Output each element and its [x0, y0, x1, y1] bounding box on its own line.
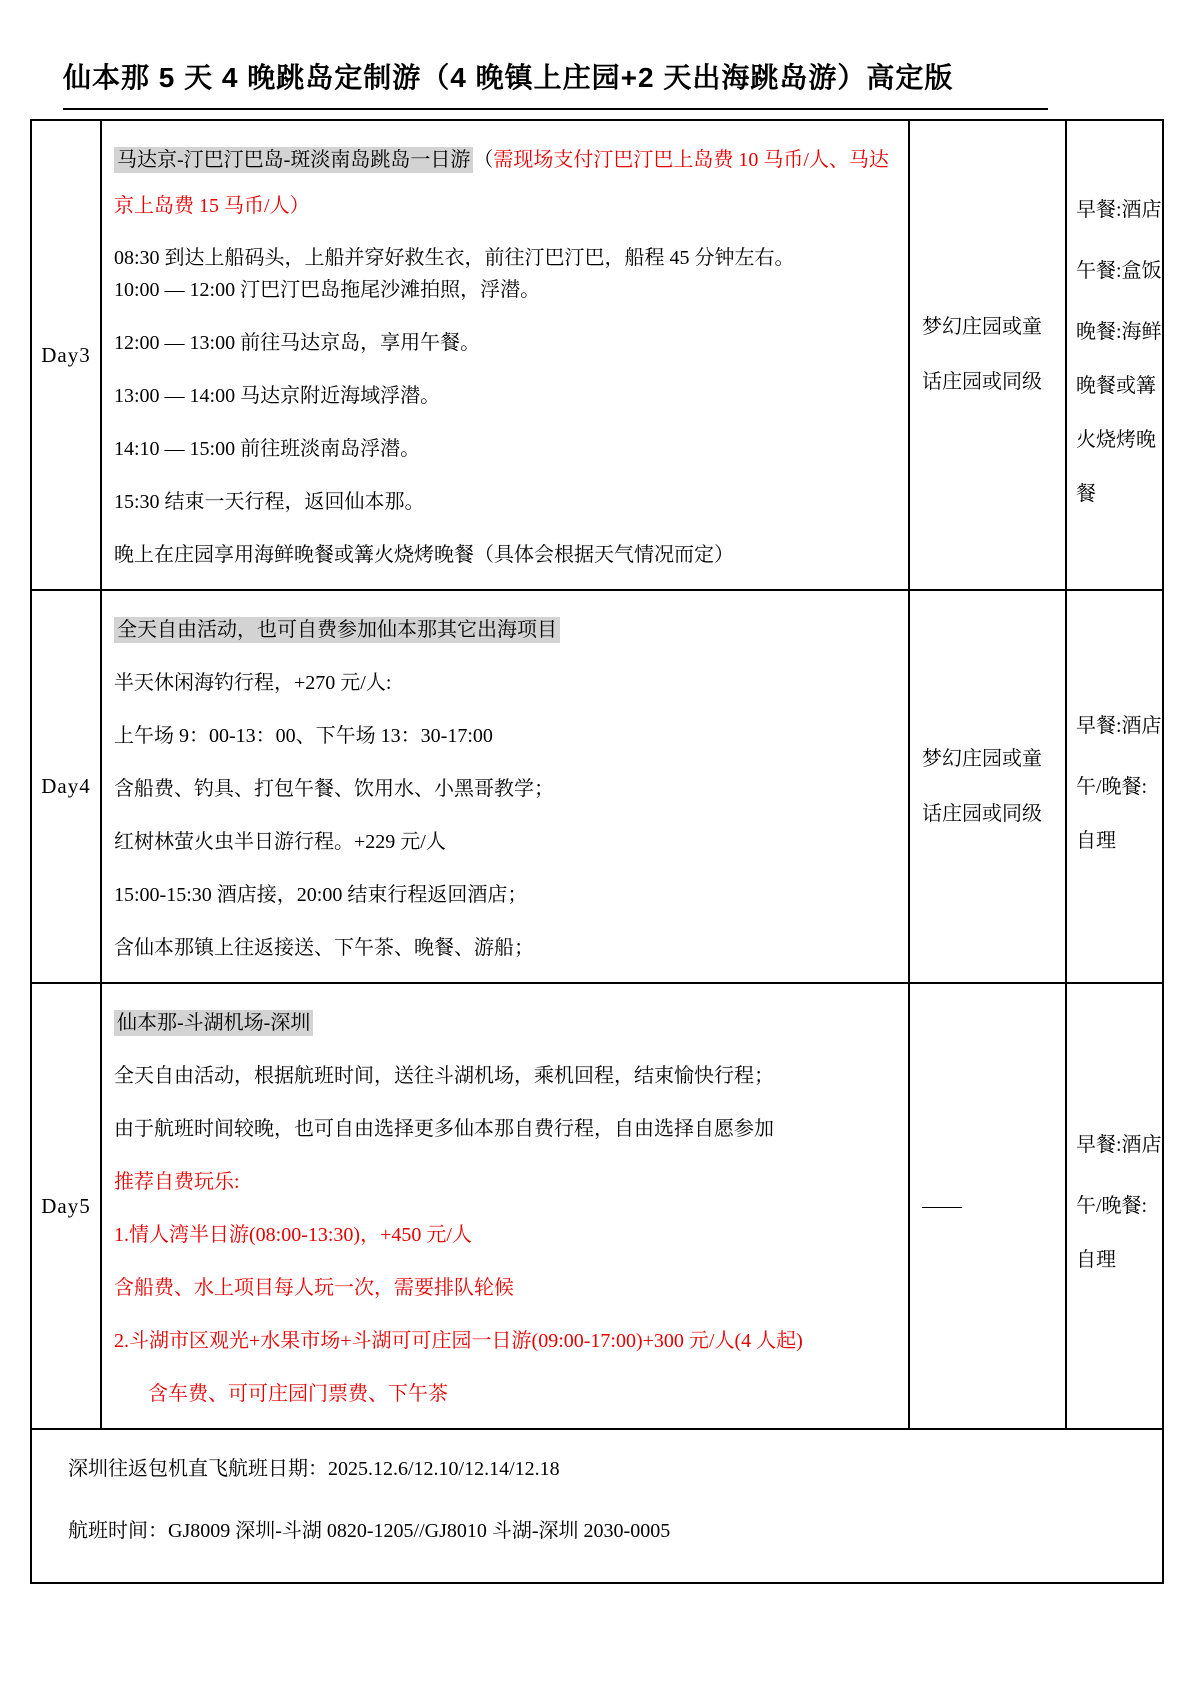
meal-line: 自理 [1076, 1233, 1162, 1287]
itinerary-line: 含船费、钓具、打包午餐、饮用水、小黑哥教学； [114, 766, 896, 812]
day3-header-highlight: 马达京-汀巴汀巴岛-斑淡南岛跳岛一日游 [114, 147, 473, 173]
itinerary-line: 13:00 — 14:00 马达京附近海域浮潜。 [114, 373, 896, 419]
day4-header-line: 全天自由活动，也可自费参加仙本那其它出海项目 [114, 607, 896, 653]
itinerary-line: 晚上在庄园享用海鲜晚餐或篝火烧烤晚餐（具体会根据天气情况而定） [114, 532, 896, 578]
day4-meals-cell: 早餐:酒店 午/晚餐: 自理 [1066, 590, 1163, 983]
paid-option-line: 1.情人湾半日游(08:00-13:30)，+450 元/人 [114, 1212, 896, 1258]
itinerary-line: 上午场 9：00-13：00、下午场 13：30-17:00 [114, 713, 896, 759]
table-row-day4: Day4 全天自由活动，也可自费参加仙本那其它出海项目 半天休闲海钓行程，+27… [31, 590, 1163, 983]
day3-details-cell: 马达京-汀巴汀巴岛-斑淡南岛跳岛一日游（需现场支付汀巴汀巴上岛费 10 马币/人… [101, 120, 909, 590]
day5-details-cell: 仙本那-斗湖机场-深圳 全天自由活动，根据航班时间，送往斗湖机场，乘机回程，结束… [101, 983, 909, 1429]
table-row-day3: Day3 马达京-汀巴汀巴岛-斑淡南岛跳岛一日游（需现场支付汀巴汀巴上岛费 10… [31, 120, 1163, 590]
meal-line: 早餐:酒店 [1076, 1118, 1162, 1172]
day5-label: Day5 [31, 983, 101, 1429]
meal-line: 午餐:盒饭 [1076, 244, 1162, 298]
day4-hotel-cell: 梦幻庄园或童话庄园或同级 [909, 590, 1066, 983]
day3-schedule-pair: 08:30 到达上船码头，上船并穿好救生衣，前往汀巴汀巴，船程 45 分钟左右。… [114, 236, 896, 313]
itinerary-table: Day3 马达京-汀巴汀巴岛-斑淡南岛跳岛一日游（需现场支付汀巴汀巴上岛费 10… [30, 119, 1164, 1584]
day5-header-line: 仙本那-斗湖机场-深圳 [114, 1000, 896, 1046]
meal-line: 自理 [1076, 814, 1162, 868]
table-row-day5: Day5 仙本那-斗湖机场-深圳 全天自由活动，根据航班时间，送往斗湖机场，乘机… [31, 983, 1163, 1429]
itinerary-line: 半天休闲海钓行程，+270 元/人: [114, 660, 896, 706]
day5-hotel-cell: —— [909, 983, 1066, 1429]
day4-label: Day4 [31, 590, 101, 983]
paid-option-line: 2.斗湖市区观光+水果市场+斗湖可可庄园一日游(09:00-17:00)+300… [114, 1318, 896, 1364]
day5-header-highlight: 仙本那-斗湖机场-深圳 [114, 1010, 313, 1036]
day3-label: Day3 [31, 120, 101, 590]
meal-line: 早餐:酒店 [1076, 183, 1162, 237]
day3-hotel-cell: 梦幻庄园或童话庄园或同级 [909, 120, 1066, 590]
day5-meals-cell: 早餐:酒店 午/晚餐: 自理 [1066, 983, 1163, 1429]
flight-info-cell: 深圳往返包机直飞航班日期：2025.12.6/12.10/12.14/12.18… [31, 1429, 1163, 1583]
itinerary-line: 含仙本那镇上往返接送、下午茶、晚餐、游船； [114, 925, 896, 971]
table-row-flight-info: 深圳往返包机直飞航班日期：2025.12.6/12.10/12.14/12.18… [31, 1429, 1163, 1583]
meal-line: 晚餐:海鲜晚餐或篝火烧烤晚餐 [1076, 305, 1162, 521]
flight-times-line: 航班时间：GJ8009 深圳-斗湖 0820-1205//GJ8010 斗湖-深… [68, 1516, 1162, 1546]
day3-header-line: 马达京-汀巴汀巴岛-斑淡南岛跳岛一日游（需现场支付汀巴汀巴上岛费 10 马币/人… [114, 137, 896, 229]
day4-details-cell: 全天自由活动，也可自费参加仙本那其它出海项目 半天休闲海钓行程，+270 元/人… [101, 590, 909, 983]
paid-option-line: 含船费、水上项目每人玩一次，需要排队轮候 [114, 1265, 896, 1311]
itinerary-line: 全天自由活动，根据航班时间，送往斗湖机场，乘机回程，结束愉快行程； [114, 1053, 896, 1099]
flight-dates-line: 深圳往返包机直飞航班日期：2025.12.6/12.10/12.14/12.18 [68, 1454, 1162, 1484]
meal-line: 午/晚餐: [1076, 1179, 1162, 1233]
itinerary-line: 15:30 结束一天行程，返回仙本那。 [114, 479, 896, 525]
day4-header-highlight: 全天自由活动，也可自费参加仙本那其它出海项目 [114, 617, 560, 643]
itinerary-line: 15:00-15:30 酒店接，20:00 结束行程返回酒店； [114, 872, 896, 918]
day3-meals-cell: 早餐:酒店 午餐:盒饭 晚餐:海鲜晚餐或篝火烧烤晚餐 [1066, 120, 1163, 590]
page-title: 仙本那 5 天 4 晚跳岛定制游（4 晚镇上庄园+2 天出海跳岛游）高定版 [63, 56, 1048, 110]
meal-line: 早餐:酒店 [1076, 699, 1162, 753]
document-page: 仙本那 5 天 4 晚跳岛定制游（4 晚镇上庄园+2 天出海跳岛游）高定版 Da… [0, 0, 1190, 1683]
itinerary-line: 红树林萤火虫半日游行程。+229 元/人 [114, 819, 896, 865]
itinerary-line: 14:10 — 15:00 前往班淡南岛浮潜。 [114, 426, 896, 472]
meal-line: 午/晚餐: [1076, 760, 1162, 814]
itinerary-line: 12:00 — 13:00 前往马达京岛，享用午餐。 [114, 320, 896, 366]
paid-option-detail-line: 含车费、可可庄园门票费、下午茶 [114, 1371, 896, 1417]
itinerary-line: 由于航班时间较晚，也可自由选择更多仙本那自费行程，自由选择自愿参加 [114, 1106, 896, 1152]
recommended-paid-title: 推荐自费玩乐: [114, 1159, 896, 1205]
day3-header-paren: （ [473, 149, 493, 171]
